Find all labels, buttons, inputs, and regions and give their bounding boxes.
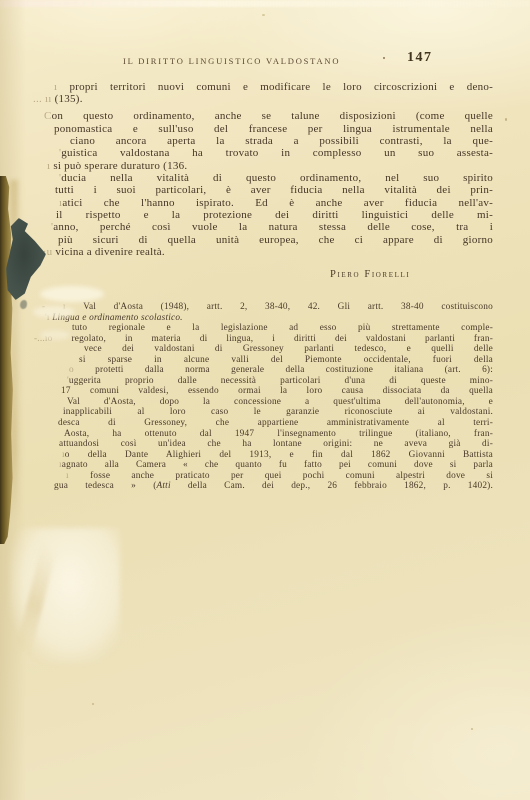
text-line: ı si può sperare duraturo (136. [47, 160, 493, 172]
text-line: ciano ancora aperta la strada a possibil… [70, 135, 493, 147]
pale-stain [40, 286, 104, 302]
text-line: si sparse in alcune valli del Piemonte o… [79, 355, 493, 366]
text-line: -...ıo regolato, in materia di lingua, i… [34, 334, 493, 345]
text-line: ı fosse anche praticato per quei pochi c… [66, 471, 493, 482]
body-text: ı propri territori nuovi comuni e modifi… [30, 81, 493, 258]
text-line: Con questo ordinamento, anche se talune … [44, 110, 493, 122]
paragraph: Con questo ordinamento, anche se talune … [30, 110, 493, 172]
faded-text-fragment: ' [59, 147, 61, 159]
paper-speck [471, 728, 473, 730]
text-line: tuto regionale e la legislazione ad esso… [72, 323, 493, 334]
text-line: 17 comuni valdesi, essendo ormai la loro… [61, 386, 493, 397]
faded-text-fragment: ı [47, 160, 53, 172]
text-line: p·u vicina a divenire realtà. [37, 246, 493, 258]
faded-text-fragment: ' [59, 172, 61, 184]
faded-text-fragment: ... ıı [33, 93, 55, 105]
text-line: desca di Gressoney, che appartiene ammin… [58, 418, 493, 429]
pale-stain [33, 306, 75, 318]
text-line: attuandosi così un'idea che ha lontane o… [59, 439, 493, 450]
text-line: ıagnato alla Camera « che quanto fu fatt… [59, 460, 493, 471]
text-line: tutti i suoi particolari, è aver fiducia… [55, 184, 493, 196]
faded-text-fragment: ı [59, 460, 62, 470]
text-line: Aosta, ha ottenuto dal 1947 l'insegnamen… [64, 429, 493, 440]
faded-text-fragment: ' [67, 376, 69, 386]
page-number: 147 [407, 50, 433, 66]
text-line: o protetti dalla norma generale della co… [69, 365, 493, 376]
text-line: vece dei valdostani di Gressoney parlant… [84, 344, 493, 355]
text-line: 'uggerita proprio dalle necessità partic… [67, 376, 493, 387]
paper-speck [383, 57, 385, 59]
author-signature: Piero Fiorelli [330, 269, 410, 280]
text-line: - ı Val d'Aosta (1948), artt. 2, 38-40, … [42, 302, 493, 313]
page-top-highlight [0, 0, 530, 7]
faded-text-fragment: ' [51, 221, 53, 233]
footnote-block: - ı Val d'Aosta (1948), artt. 2, 38-40, … [30, 302, 493, 492]
scanned-book-page: IL DIRITTO LINGUISTICO VALDOSTANO 147 ı … [0, 0, 530, 800]
faded-text-fragment: o [69, 365, 95, 375]
faded-text-fragment: ı [59, 197, 62, 209]
faded-text-fragment: ı [54, 81, 69, 93]
text-line: il rispetto e la protezione dei diritti … [56, 209, 493, 221]
text-line: inapplicabili al loro caso le garanzie r… [63, 407, 493, 418]
paragraph: 'ducia nella vitalità di questo ordiname… [30, 172, 493, 258]
paragraph: ı propri territori nuovi comuni e modifi… [30, 81, 493, 106]
text-line: 'guistica valdostana ha trovato in compl… [59, 147, 493, 159]
text-line: ponomastica e sull'uso del francese per … [54, 123, 493, 135]
running-header-title: IL DIRITTO LINGUISTICO VALDOSTANO [123, 56, 319, 66]
faded-text-fragment: ı [62, 450, 65, 460]
faded-text-fragment: ı [66, 471, 90, 481]
text-line: ... ıı (135). [33, 93, 493, 105]
text-line: 'ı Lingua e ordinamento scolastico. [45, 313, 493, 324]
text-line: ı propri territori nuovi comuni e modifi… [54, 81, 493, 93]
text-line: più sicuri di quella unità europea, che … [58, 234, 493, 246]
text-line: 'anno, perché così vuole la natura stess… [51, 221, 493, 233]
faded-text-fragment: C [44, 110, 52, 122]
paper-speck [92, 703, 94, 705]
text-line: ıo della Dante Alighieri del 1913, e fin… [62, 450, 493, 461]
text-line: Val d'Aosta, dopo la concessione a quest… [67, 397, 493, 408]
text-line: gua tedesca » (Atti della Cam. dei dep.,… [54, 481, 493, 492]
pale-stain [40, 330, 70, 340]
text-line: 'ducia nella vitalità di questo ordiname… [59, 172, 493, 184]
paper-speck [262, 14, 265, 16]
paper-speck [505, 118, 507, 121]
text-line: ıatici che l'hanno ispirato. Ed è anche … [59, 197, 493, 209]
